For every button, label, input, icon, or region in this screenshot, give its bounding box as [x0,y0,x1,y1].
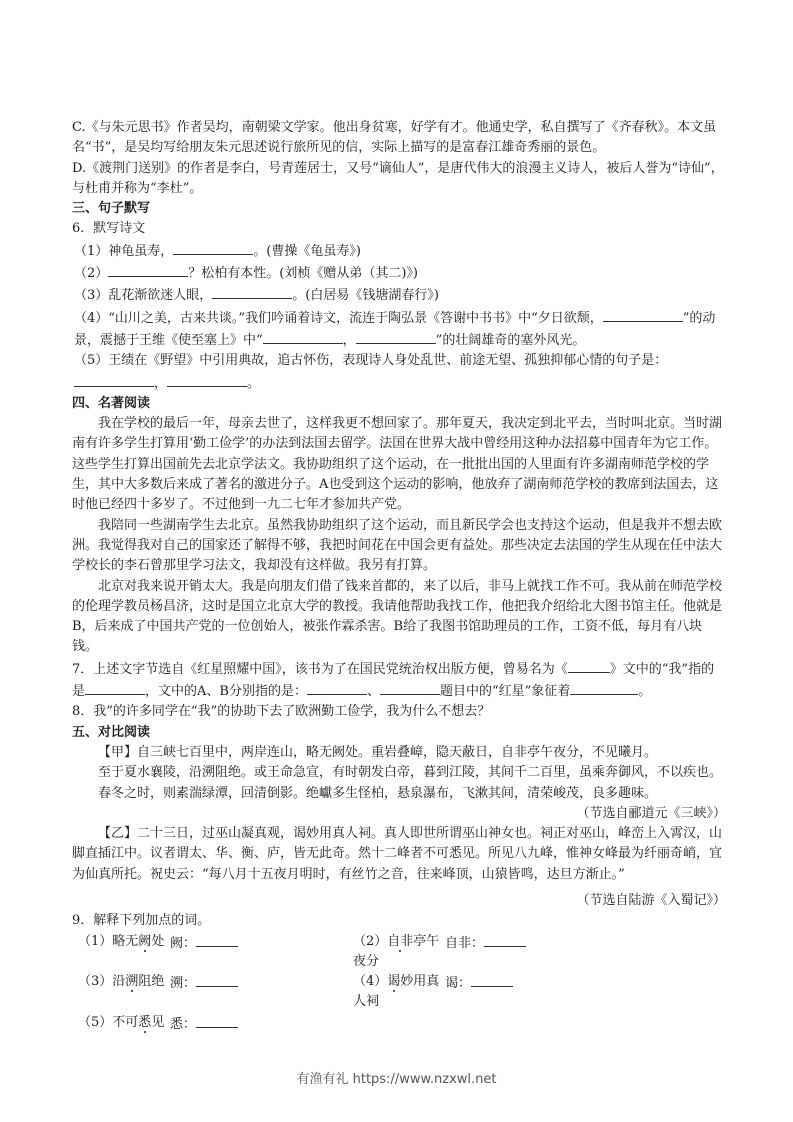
q9-item-4: （4）谒妙用真人祠 [353,972,445,1013]
q6-item-3: （3）乱花渐欲迷人眼，。(白居易《钱塘湖春行》) [72,284,726,306]
passage-yi: 【乙】二十三日，过巫山凝真观，谒妙用真人祠。真人即世所谓巫山神女也。祠正对巫山，… [72,824,726,885]
reading-paragraph: 我在学校的最后一年，母亲去世了，这样我更不想回家了。那年夏天，我决定到北平去，当… [72,414,726,515]
answer-blank[interactable] [568,658,610,673]
passage-jia: 至于夏水襄陵，沿溯阻绝。或王命急宣，有时朝发白帝，暮到江陵，其间千二百里，虽乘奔… [72,763,726,783]
passage-jia: 【甲】自三峡七百里中，两岸连山，略无阙处。重岩叠嶂，隐天蔽日，自非亭午夜分，不见… [72,743,726,763]
answer-blank[interactable] [484,932,526,947]
q9-item-5: （5）不可悉见 [78,1013,170,1035]
source-jia: （节选自郦道元《三峡》） [72,804,726,824]
answer-blank[interactable] [263,329,343,344]
answer-blank[interactable] [307,680,367,695]
answer-blank[interactable] [356,329,436,344]
q6-title: 6．默写诗文 [72,219,726,239]
answer-blank[interactable] [196,1013,238,1028]
q8: 8．我”的许多同学在“我”的协助下去了欧洲勤工俭学，我为什么不想去？ [72,702,726,722]
document-page: C.《与朱元思书》作者吴均，南朝梁文学家。他出身贫寒，好学有才。他通史学，私自撰… [72,118,726,1035]
q9-title: 9．解释下列加点的词。 [72,911,726,931]
q9-item-3: （3）沿溯阻绝 [78,972,170,1013]
q9-item-1: （1）略无阙处 [78,932,170,973]
answer-blank[interactable] [570,680,638,695]
q6-item-1: （1）神龟虽寿，。(曹操《龟虽寿》) [72,240,726,262]
passage-jia: 春冬之时，则素湍绿潭，回清倒影。绝巘多生怪柏，悬泉瀑布，飞漱其间，清荣峻茂，良多… [72,784,726,804]
q9-key-1: 阙： [170,932,353,973]
answer-blank[interactable] [85,680,145,695]
q6-item-2: （2）？松柏有本性。(刘桢《赠从弟（其二)》) [72,262,726,284]
source-yi: （节选自陆游《入蜀记》） [72,891,726,911]
answer-blank[interactable] [173,240,253,255]
q9-key-3: 溯： [170,972,353,1013]
q7: 7．上述文字节选自《红星照耀中国》，该书为了在国民党统治权出版方便，曾易名为《》… [72,658,726,703]
q9-key-2: 自非： [445,932,565,973]
answer-blank[interactable] [196,972,238,987]
answer-blank[interactable] [603,307,683,322]
answer-blank[interactable] [380,680,440,695]
q9-items: （1）略无阙处 阙： （2）自非亭午夜分 自非： （3）沿溯阻绝 溯： （4）谒… [78,932,726,1035]
answer-blank[interactable] [471,972,513,987]
answer-blank[interactable] [167,372,247,387]
answer-blank[interactable] [108,262,188,277]
q9-key-5: 悉： [170,1013,353,1035]
answer-blank[interactable] [74,372,154,387]
section-4-heading: 四、名著阅读 [72,394,726,414]
answer-blank[interactable] [212,284,292,299]
q6-item-5: （5）王绩在《野望》中引用典故，追古怀伤，表现诗人身处乱世、前途无望、孤独抑郁心… [72,351,726,394]
q9-key-4: 谒： [445,972,565,1013]
footer-watermark: 有渔有礼 https://www.nzxwl.net [0,1068,793,1087]
option-d: D.《渡荆门送别》的作者是李白，号青莲居士，又号“谪仙人”，是唐代伟大的浪漫主义… [72,159,726,200]
q6-item-4: （4）“山川之美，古来共谈。”我们吟诵着诗文，流连于陶弘景《答谢中书书》中“夕日… [72,307,726,352]
section-3-heading: 三、句子默写 [72,199,726,219]
section-5-heading: 五、对比阅读 [72,723,726,743]
option-c: C.《与朱元思书》作者吴均，南朝梁文学家。他出身贫寒，好学有才。他通史学，私自撰… [72,118,726,159]
reading-paragraph: 北京对我来说开销太大。我是向朋友们借了钱来首都的，来了以后，非马上就找工作不可。… [72,577,726,658]
answer-blank[interactable] [196,932,238,947]
q9-item-2: （2）自非亭午夜分 [353,932,445,973]
reading-paragraph: 我陪同一些湖南学生去北京。虽然我协助组织了这个运动，而且新民学会也支持这个运动，… [72,516,726,577]
